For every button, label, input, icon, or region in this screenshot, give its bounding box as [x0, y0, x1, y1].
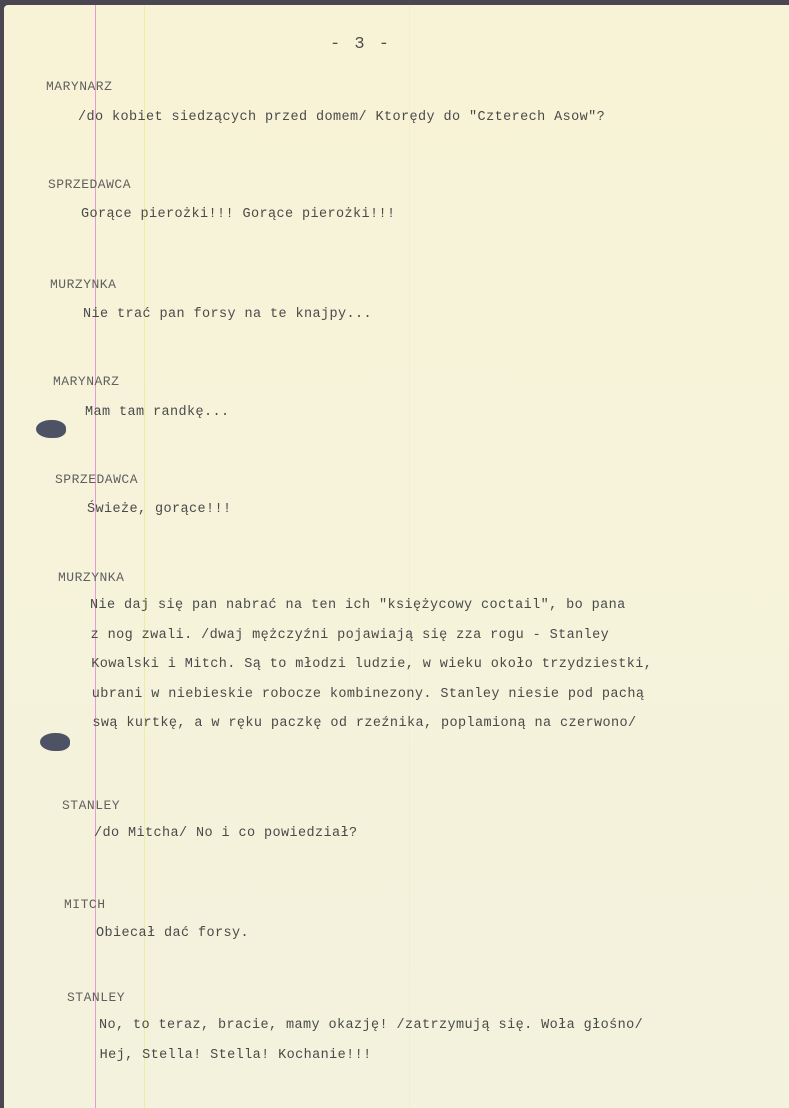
- dialogue-line: z nog zwali. /dwaj mężczyźni pojawiają s…: [91, 628, 610, 643]
- margin-line: [409, 5, 410, 1108]
- speaker-name: STANLEY: [67, 990, 125, 1005]
- speaker-name: MURZYNKA: [58, 570, 124, 585]
- dialogue-line: No, to teraz, bracie, mamy okazję! /zatr…: [99, 1018, 643, 1033]
- page-number: - 3 -: [330, 35, 391, 54]
- dialogue-line: Nie daj się pan nabrać na ten ich "księż…: [90, 598, 626, 613]
- dialogue-line: /do Mitcha/ No i co powiedział?: [94, 826, 358, 841]
- speaker-name: MURZYNKA: [50, 277, 116, 292]
- margin-line: [95, 5, 96, 1108]
- typewritten-page: - 3 - MARYNARZ/do kobiet siedzących prze…: [4, 5, 789, 1108]
- margin-line: [144, 5, 145, 1108]
- dialogue-line: Kowalski i Mitch. Są to młodzi ludzie, w…: [91, 657, 652, 672]
- speaker-name: MARYNARZ: [53, 374, 119, 389]
- dialogue-line: ubrani w niebieskie robocze kombinezony.…: [92, 687, 645, 702]
- speaker-name: SPRZEDAWCA: [55, 472, 138, 487]
- dialogue-line: Obiecał dać forsy.: [96, 926, 249, 941]
- speaker-name: SPRZEDAWCA: [48, 177, 131, 192]
- dialogue-line: Gorące pierożki!!! Gorące pierożki!!!: [81, 207, 396, 222]
- dialogue-line: /do kobiet siedzących przed domem/ Ktorę…: [78, 110, 605, 125]
- dialogue-line: Mam tam randkę...: [85, 405, 230, 420]
- dialogue-line: Nie trać pan forsy na te knajpy...: [83, 307, 372, 322]
- dialogue-line: Hej, Stella! Stella! Kochanie!!!: [100, 1048, 372, 1063]
- speaker-name: STANLEY: [62, 798, 120, 813]
- speaker-name: MITCH: [64, 897, 106, 912]
- dialogue-line: swą kurtkę, a w ręku paczkę od rzeźnika,…: [92, 716, 636, 731]
- ink-blot: [40, 733, 70, 751]
- ink-blot: [36, 420, 66, 438]
- speaker-name: MARYNARZ: [46, 79, 112, 94]
- dialogue-line: Świeże, gorące!!!: [87, 502, 232, 517]
